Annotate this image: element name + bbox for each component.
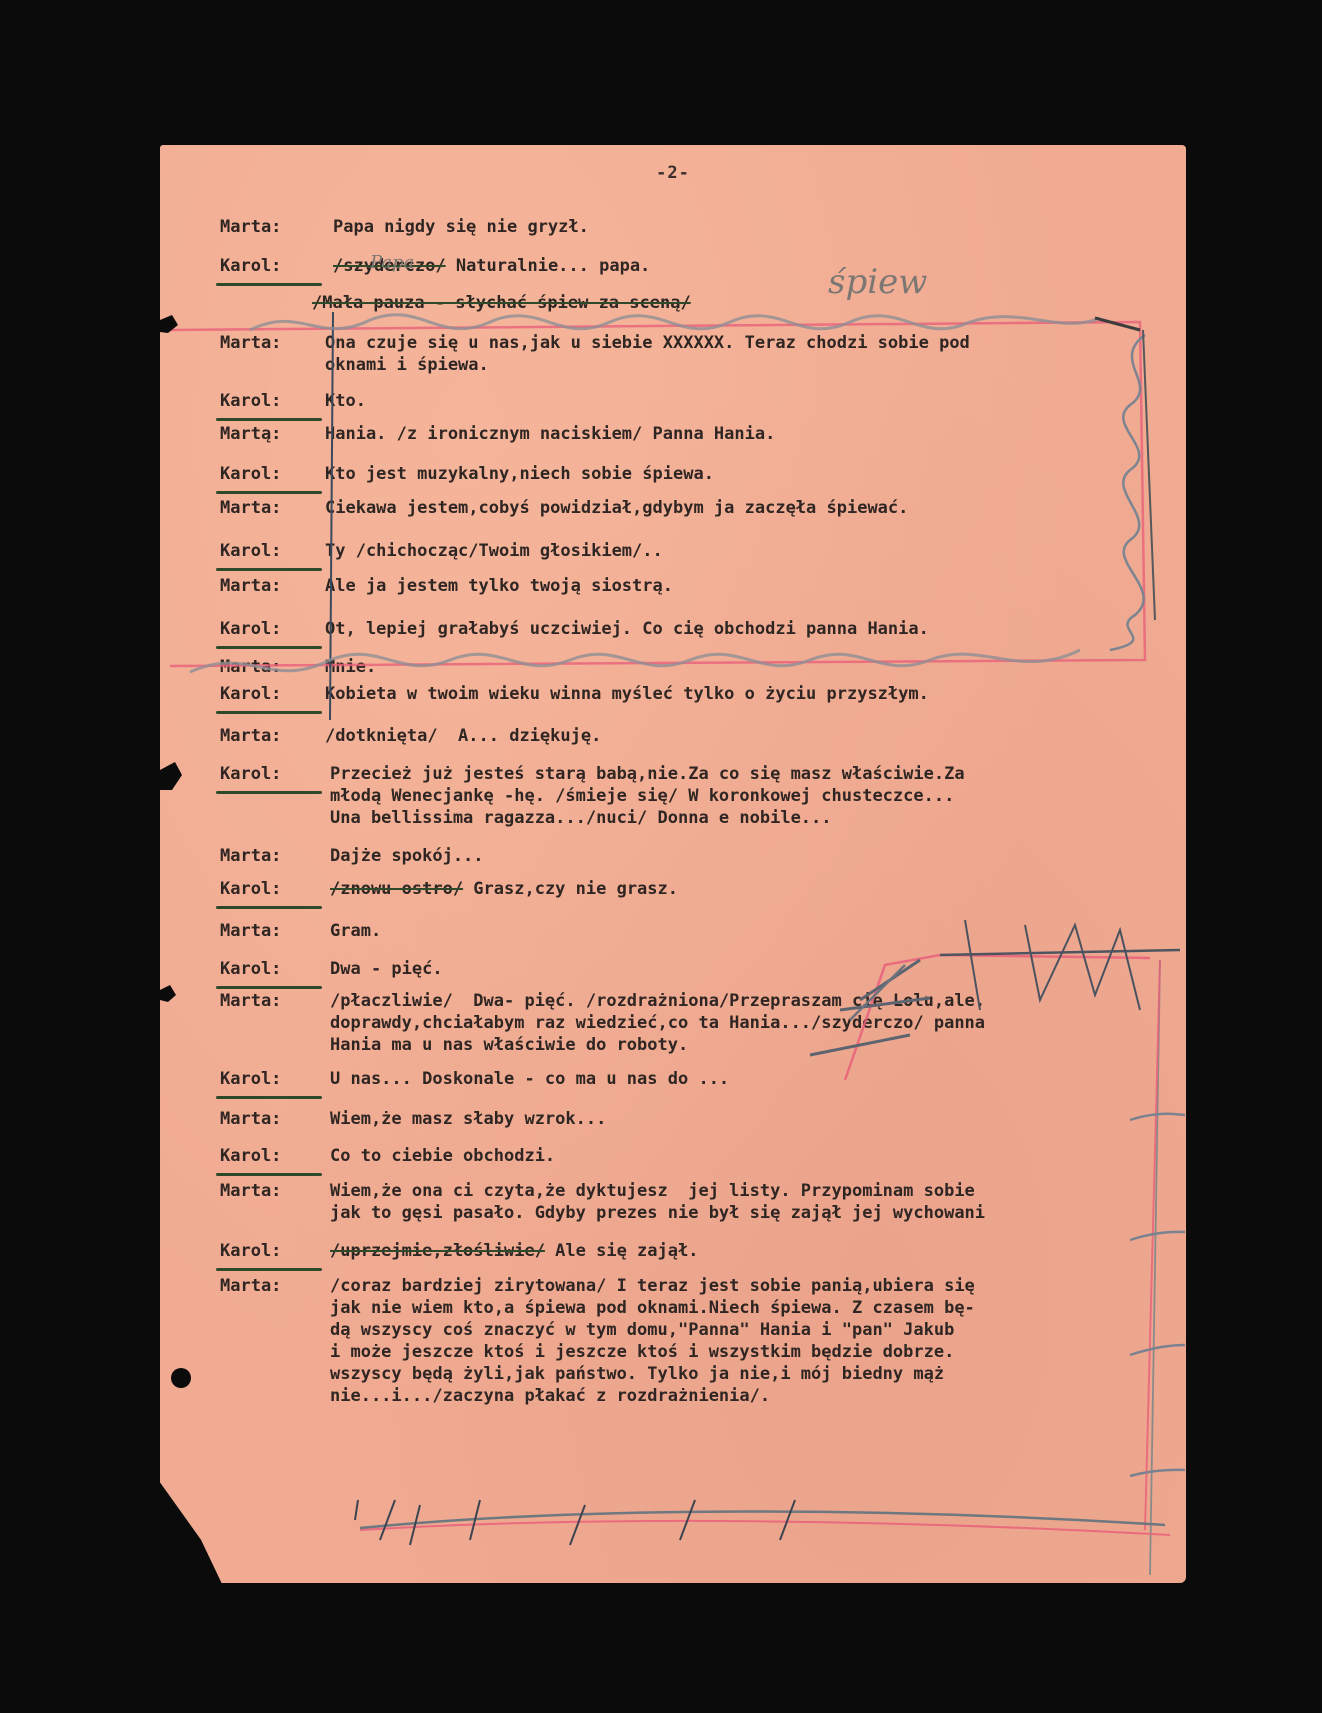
speech-line: Ty /chichocząc/Twoim głosikiem/..	[325, 540, 663, 562]
handwritten-note-top: śpiew	[828, 262, 927, 302]
speech-line: jak to gęsi pasało. Gdyby prezes nie był…	[330, 1202, 985, 1224]
speech-line: Ale ja jestem tylko twoją siostrą.	[325, 575, 673, 597]
speech-line: młodą Wenecjankę -hę. /śmieje się/ W kor…	[330, 785, 954, 807]
speech-line: Co to ciebie obchodzi.	[330, 1145, 555, 1167]
speech-line: dą wszyscy coś znaczyć w tym domu,"Panna…	[330, 1319, 954, 1341]
speech-line: jak nie wiem kto,a śpiewa pod oknami.Nie…	[330, 1297, 975, 1319]
speech-line: Dajże spokój...	[330, 845, 484, 867]
speaker-label: Marta:	[220, 216, 330, 238]
speech-line: Mnie.	[325, 656, 376, 678]
speaker-label: Marta:	[220, 1108, 330, 1130]
speaker-label: Karol:	[220, 1068, 330, 1090]
speaker-label: Marta:	[220, 1180, 330, 1202]
speech-line: wszyscy będą żyli,jak państwo. Tylko ja …	[330, 1363, 944, 1385]
speech-line: /płaczliwie/ Dwa- pięć. /rozdrażniona/Pr…	[330, 990, 985, 1012]
speaker-label: Karol:	[220, 763, 330, 785]
speech-line: /dotknięta/ A... dziękuję.	[325, 725, 601, 747]
struck-stage-direction: /znowu ostro/	[330, 879, 463, 899]
speech-line: /Mała pauza - słychać śpiew za sceną/	[312, 292, 691, 314]
speech-line: Hania. /z ironicznym naciskiem/ Panna Ha…	[325, 423, 775, 445]
speech-line: oknami i śpiewa.	[325, 354, 489, 376]
speaker-label: Marta:	[220, 1275, 330, 1297]
handwritten-note-papa: Papa	[370, 252, 414, 273]
speaker-label: Marta:	[220, 845, 330, 867]
speaker-label: Karol:	[220, 618, 330, 640]
speaker-label: Karol:	[220, 390, 330, 412]
speech-line: Una bellissima ragazza.../nuci/ Donna e …	[330, 807, 832, 829]
speech-line: i może jeszcze ktoś i jeszcze ktoś i wsz…	[330, 1341, 954, 1363]
speaker-label: Marta:	[220, 575, 330, 597]
speaker-label: Marta:	[220, 920, 330, 942]
speech-line: Ona czuje się u nas,jak u siebie XXXXXX.…	[325, 332, 970, 354]
speaker-label: Marta:	[220, 332, 330, 354]
speech-line: Papa nigdy się nie gryzł.	[333, 216, 589, 238]
speech-line: Przecież już jesteś starą babą,nie.Za co…	[330, 763, 965, 785]
speech-line: Wiem,że ona ci czyta,że dyktujesz jej li…	[330, 1180, 975, 1202]
speech-line: Gram.	[330, 920, 381, 942]
speech-line: Kto jest muzykalny,niech sobie śpiewa.	[325, 463, 714, 485]
speech-line: U nas... Doskonale - co ma u nas do ...	[330, 1068, 729, 1090]
speech-line: Dwa - pięć.	[330, 958, 443, 980]
struck-stage-direction: /Mała pauza - słychać śpiew za sceną/	[312, 293, 691, 313]
speaker-label: Marta:	[220, 656, 330, 678]
speech-line: Ciekawa jestem,cobyś powidział,gdybym ja…	[325, 497, 908, 519]
speaker-label: Karol:	[220, 463, 330, 485]
speaker-label: Karol:	[220, 878, 330, 900]
speech-line: Kto.	[325, 390, 366, 412]
speaker-label: Marta:	[220, 725, 330, 747]
speech-line: /uprzejmie,złośliwie/ Ale się zajął.	[330, 1240, 698, 1262]
speech-line: Wiem,że masz słaby wzrok...	[330, 1108, 606, 1130]
speaker-label: Karol:	[220, 1240, 330, 1262]
speech-line: Kobieta w twoim wieku winna myśleć tylko…	[325, 683, 929, 705]
page-number: -2-	[160, 163, 1186, 183]
speech-line: doprawdy,chciałabym raz wiedzieć,co ta H…	[330, 1012, 985, 1034]
speaker-label: Karol:	[220, 683, 330, 705]
speaker-label: Karol:	[220, 255, 330, 277]
struck-stage-direction: /uprzejmie,złośliwie/	[330, 1241, 545, 1261]
speaker-label: Karol:	[220, 1145, 330, 1167]
speaker-label: Karol:	[220, 958, 330, 980]
speaker-label: Karol:	[220, 540, 330, 562]
speaker-label: Martą:	[220, 423, 330, 445]
speaker-label: Marta:	[220, 990, 330, 1012]
speech-line: Hania ma u nas właściwie do roboty.	[330, 1034, 688, 1056]
speech-line: nie...i.../zaczyna płakać z rozdrażnieni…	[330, 1385, 770, 1407]
speech-line: Ot, lepiej grałabyś uczciwiej. Co cię ob…	[325, 618, 929, 640]
speech-line: /coraz bardziej zirytowana/ I teraz jest…	[330, 1275, 975, 1297]
speech-line: /znowu ostro/ Grasz,czy nie grasz.	[330, 878, 678, 900]
speaker-label: Marta:	[220, 497, 330, 519]
